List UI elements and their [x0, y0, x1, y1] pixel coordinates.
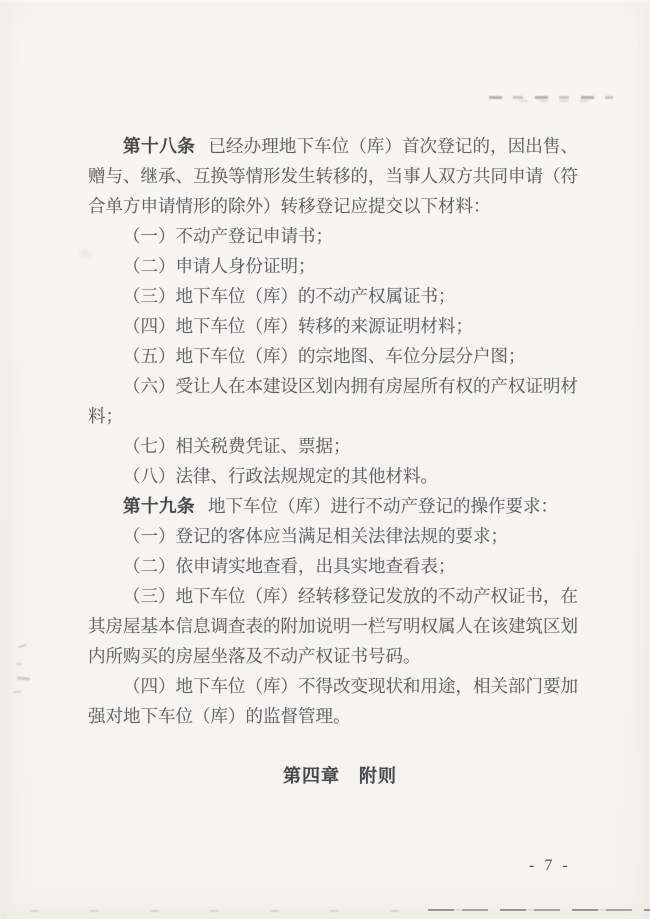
article-18-item-7: （七）相关税费凭证、票据；: [88, 431, 578, 461]
scan-artifact-left-mark-4: [13, 691, 21, 694]
article-19-item-3-line-2: 其房屋基本信息调查表的附加说明一栏写明权属人在该建筑区划: [88, 611, 578, 641]
document-body: 第十八条已经办理地下车位（库）首次登记的，因出售、 赠与、继承、互换等情形发生转…: [88, 131, 578, 791]
article-18-item-3: （三）地下车位（库）的不动产权属证书；: [88, 281, 578, 311]
article-18-intro-line-1: 已经办理地下车位（库）首次登记的，因出售、: [208, 136, 578, 156]
scan-artifact-left-mark-3: [17, 676, 30, 680]
article-18-item-5: （五）地下车位（库）的宗地图、车位分层分户图；: [88, 341, 578, 371]
article-18-item-6-line-1: （六）受让人在本建设区划内拥有房屋所有权的产权证明材: [88, 371, 578, 401]
article-18-item-1: （一）不动产登记申请书；: [88, 221, 578, 251]
article-18-heading-line: 第十八条已经办理地下车位（库）首次登记的，因出售、: [88, 131, 578, 161]
article-19-item-1: （一）登记的客体应当满足相关法律法规的要求；: [88, 521, 578, 551]
article-18-item-6-line-2: 料；: [88, 401, 578, 431]
blank-line: [88, 731, 578, 761]
scan-artifact-top-dashes-2: [520, 100, 600, 102]
article-18-item-4: （四）地下车位（库）转移的来源证明材料；: [88, 311, 578, 341]
scan-artifact-left-mark-1: [18, 644, 27, 649]
article-19-item-4-line-2: 强对地下车位（库）的监督管理。: [88, 701, 578, 731]
article-18-label: 第十八条: [123, 136, 195, 156]
article-18-item-8: （八）法律、行政法规规定的其他材料。: [88, 461, 578, 491]
scan-artifact-left-mark-2: [16, 663, 22, 666]
scan-artifact-bottom-dots: [30, 910, 420, 912]
article-18-intro-line-2: 赠与、继承、互换等情形发生转移的，当事人双方共同申请（符: [88, 161, 578, 191]
article-19-item-2: （二）依申请实地查看，出具实地查看表；: [88, 551, 578, 581]
scan-artifact-bottom-line: [428, 909, 650, 911]
article-18-item-2: （二）申请人身份证明；: [88, 251, 578, 281]
scan-artifact-top-dashes: [489, 96, 613, 99]
article-18-intro-line-3: 合单方申请情形的除外）转移登记应提交以下材料：: [88, 191, 578, 221]
article-19-intro: 地下车位（库）进行不动产登记的操作要求：: [208, 496, 558, 516]
chapter-4-heading: 第四章 附则: [88, 761, 578, 791]
scanned-document-page: 第十八条已经办理地下车位（库）首次登记的，因出售、 赠与、继承、互换等情形发生转…: [0, 0, 650, 919]
page-number: - 7 -: [529, 857, 571, 875]
article-19-label: 第十九条: [123, 496, 195, 516]
article-19-item-3-line-3: 内所购买的房屋坐落及不动产权证书号码。: [88, 641, 578, 671]
article-19-heading-line: 第十九条地下车位（库）进行不动产登记的操作要求：: [88, 491, 578, 521]
article-19-item-3-line-1: （三）地下车位（库）经转移登记发放的不动产权证书，在: [88, 581, 578, 611]
article-19-item-4-line-1: （四）地下车位（库）不得改变现状和用途，相关部门要加: [88, 671, 578, 701]
